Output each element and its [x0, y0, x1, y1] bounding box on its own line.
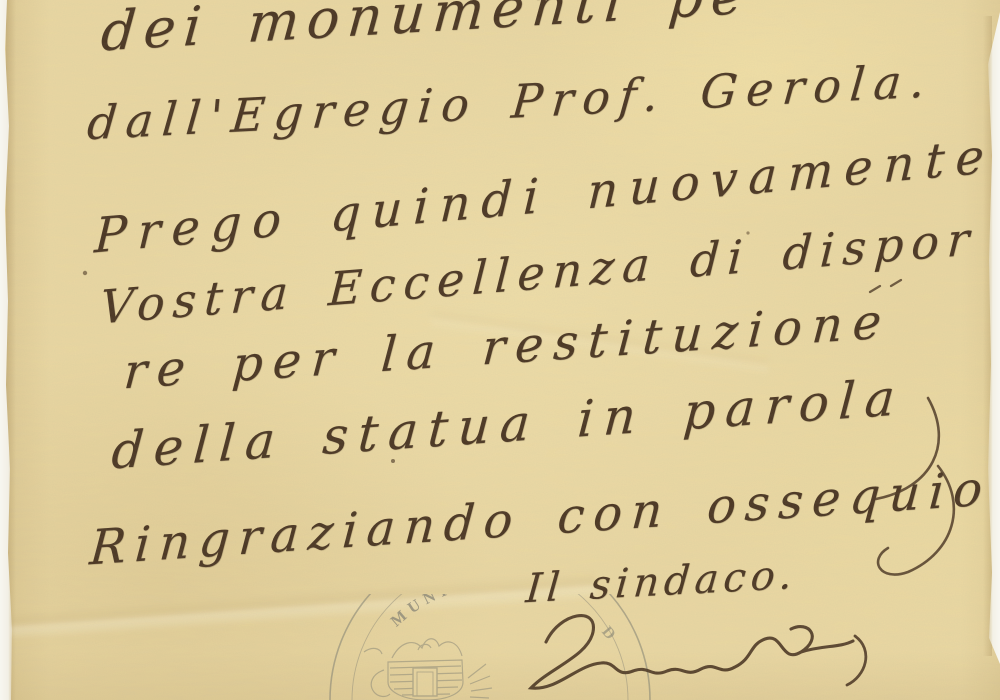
- stamp-partial-letter: D: [598, 623, 618, 643]
- signature-end-hook: [847, 636, 866, 685]
- handwriting-line-2: dall'Egregio Prof. Gerola.: [85, 53, 936, 150]
- mayor-signature: [531, 616, 853, 689]
- paper-crease: [0, 570, 596, 643]
- stamp-coat-of-arms-icon: [364, 639, 492, 700]
- scanned-letter-page: MUNICIPIO D dei monumenti pe dall'Egregi…: [0, 0, 1000, 700]
- handwriting-line-1: dei monumenti pe: [99, 0, 754, 63]
- closing-role-line: Il sindaco.: [524, 552, 799, 612]
- handwriting-line-7: Ringraziando con ossequio: [88, 460, 993, 576]
- accent-ticks: [870, 280, 901, 292]
